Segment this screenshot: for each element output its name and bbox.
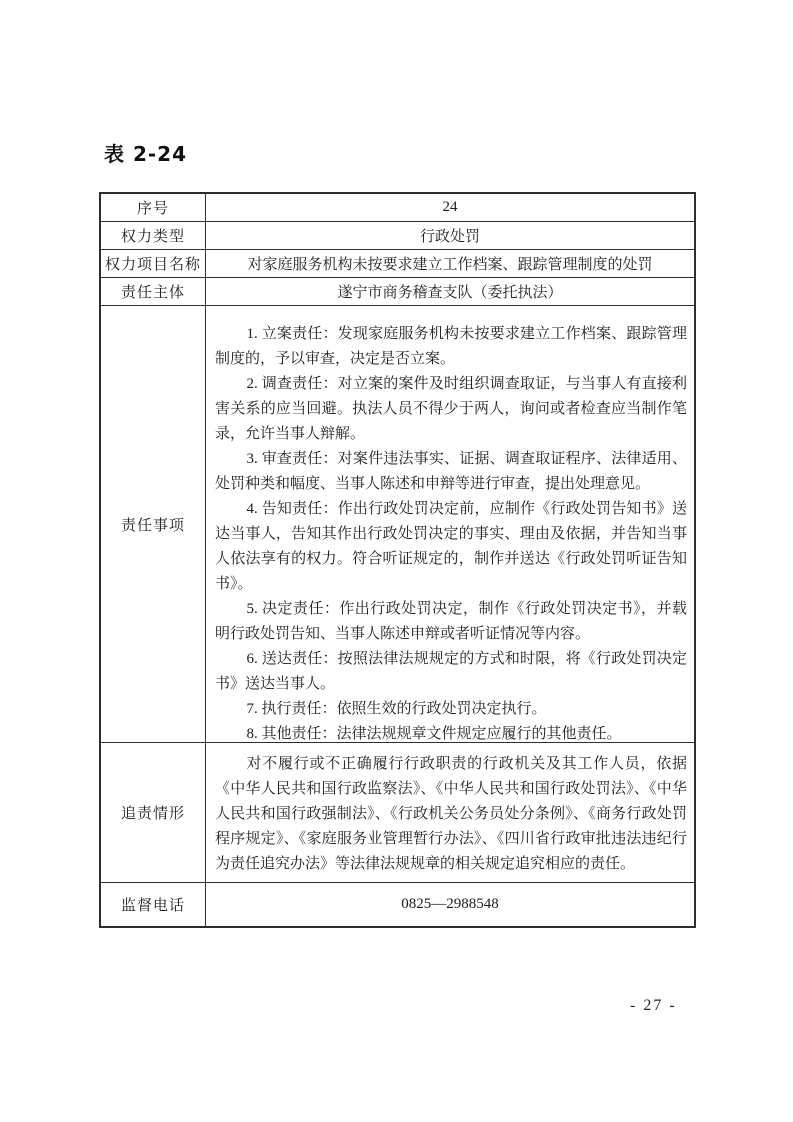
table-row-accountability: 追责情形 对不履行或不正确履行行政职责的行政机关及其工作人员，依据《中华人民共和… [101,743,694,883]
row-label: 权力项目名称 [101,250,206,277]
row-value: 对家庭服务机构未按要求建立工作档案、跟踪管理制度的处罚 [206,250,694,277]
penalty-table: 序号 24 权力类型 行政处罚 权力项目名称 对家庭服务机构未按要求建立工作档案… [99,192,696,928]
paragraph: 4. 告知责任：作出行政处罚决定前，应制作《行政处罚告知书》送达当事人，告知其作… [215,497,687,597]
table-row-duty-items: 责任事项 1. 立案责任：发现家庭服务机构未按要求建立工作档案、跟踪管理制度的，… [101,306,694,743]
table-row-power-type: 权力类型 行政处罚 [101,222,694,250]
paragraph: 1. 立案责任：发现家庭服务机构未按要求建立工作档案、跟踪管理制度的，予以审查，… [215,322,687,372]
row-value: 对不履行或不正确履行行政职责的行政机关及其工作人员，依据《中华人民共和国行政监察… [206,743,694,882]
paragraph: 对不履行或不正确履行行政职责的行政机关及其工作人员，依据《中华人民共和国行政监察… [215,752,687,877]
paragraph: 7. 执行责任：依照生效的行政处罚决定执行。 [215,697,687,722]
page-title: 表 2-24 [104,138,187,167]
table-row-power-item-name: 权力项目名称 对家庭服务机构未按要求建立工作档案、跟踪管理制度的处罚 [101,250,694,278]
page-number: - 27 - [630,997,677,1015]
row-label: 责任事项 [101,306,206,742]
row-value: 1. 立案责任：发现家庭服务机构未按要求建立工作档案、跟踪管理制度的，予以审查，… [206,306,694,742]
row-label: 责任主体 [101,278,206,305]
table-row-responsible-entity: 责任主体 遂宁市商务稽查支队（委托执法） [101,278,694,306]
row-value: 行政处罚 [206,222,694,249]
row-value: 0825—2988548 [206,883,694,926]
paragraph: 5. 决定责任：作出行政处罚决定，制作《行政处罚决定书》，并载明行政处罚告知、当… [215,597,687,647]
row-label: 序号 [101,194,206,221]
table-row-supervision-phone: 监督电话 0825—2988548 [101,883,694,926]
paragraph: 3. 审查责任：对案件违法事实、证据、调查取证程序、法律适用、处罚种类和幅度、当… [215,447,687,497]
paragraph: 2. 调查责任：对立案的案件及时组织调查取证，与当事人有直接利害关系的应当回避。… [215,372,687,447]
row-value: 24 [206,194,694,221]
table-row-serial: 序号 24 [101,194,694,222]
row-value: 遂宁市商务稽查支队（委托执法） [206,278,694,305]
paragraph: 6. 送达责任：按照法律法规规定的方式和时限，将《行政处罚决定书》送达当事人。 [215,647,687,697]
row-label: 追责情形 [101,743,206,882]
row-label: 权力类型 [101,222,206,249]
row-label: 监督电话 [101,883,206,926]
